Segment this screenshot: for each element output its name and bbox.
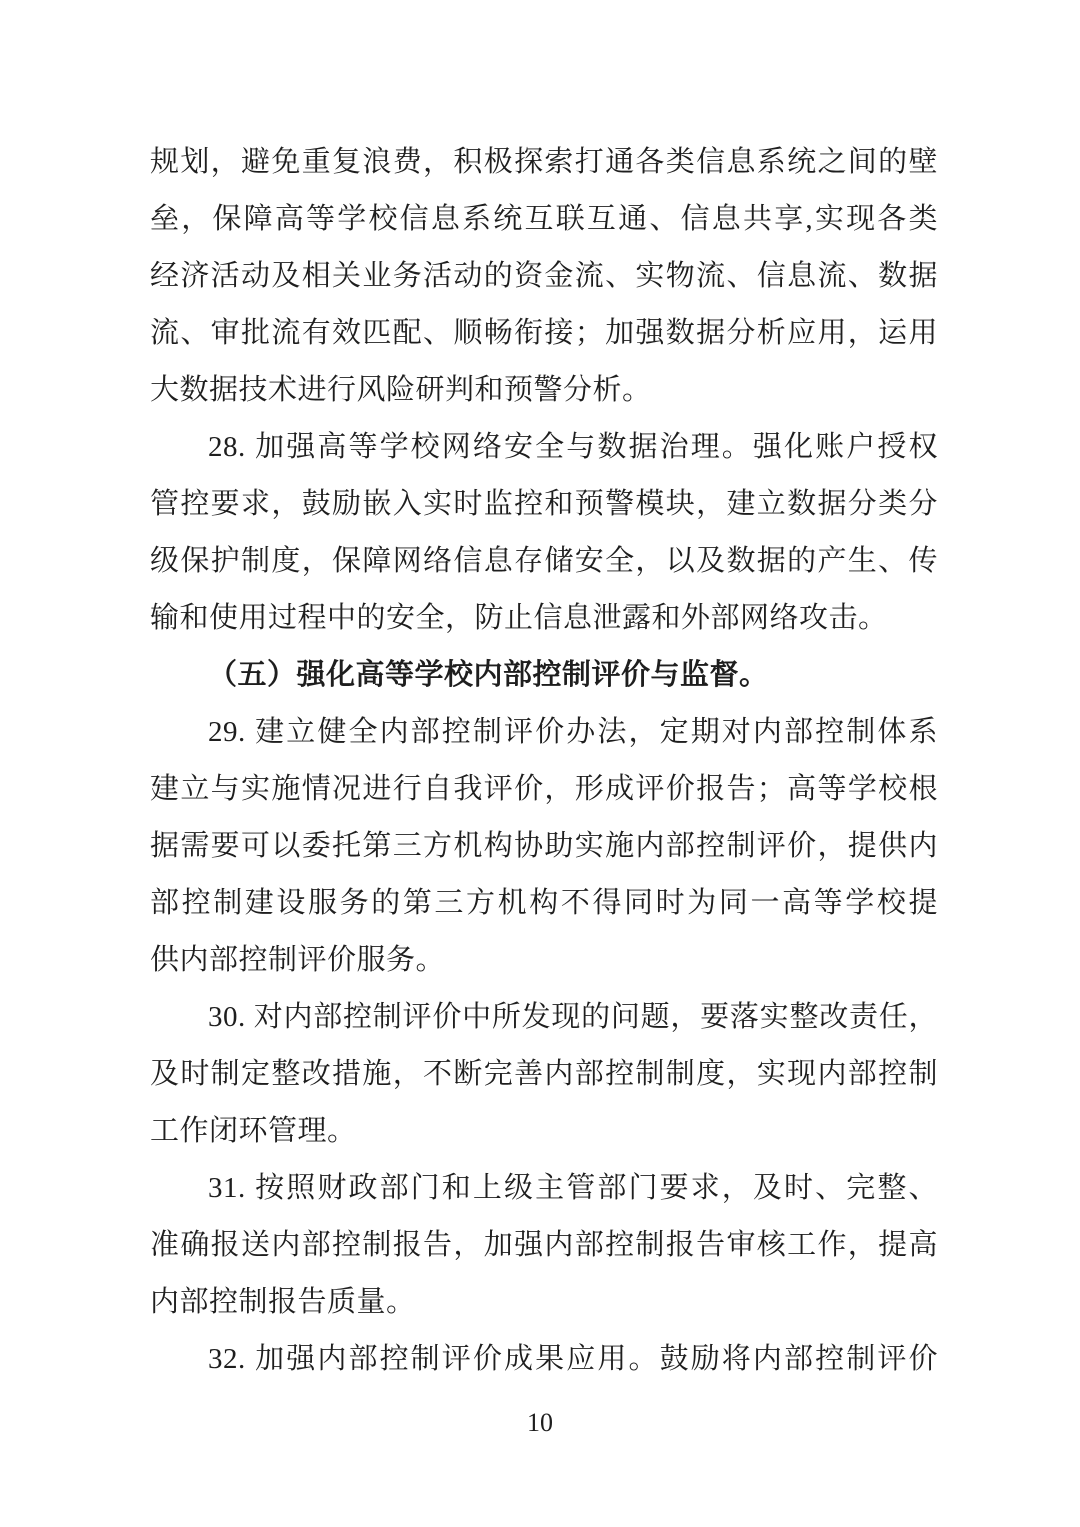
text-line: 输和使用过程中的安全，防止信息泄露和外部网络攻击。 xyxy=(150,590,938,647)
text-line: 垒，保障高等学校信息系统互联互通、信息共享,实现各类 xyxy=(150,191,938,248)
text-line: 28. 加强高等学校网络安全与数据治理。强化账户授权 xyxy=(150,419,938,476)
section-heading: （五）强化高等学校内部控制评价与监督。 xyxy=(150,647,938,704)
body-paragraph: 30. 对内部控制评价中所发现的问题，要落实整改责任，及时制定整改措施，不断完善… xyxy=(150,989,938,1160)
text-line: 内部控制报告质量。 xyxy=(150,1274,938,1331)
text-line: 部控制建设服务的第三方机构不得同时为同一高等学校提 xyxy=(150,875,938,932)
text-line: 级保护制度，保障网络信息存储安全，以及数据的产生、传 xyxy=(150,533,938,590)
body-paragraph: 规划，避免重复浪费，积极探索打通各类信息系统之间的壁垒，保障高等学校信息系统互联… xyxy=(150,134,938,419)
text-line: （五）强化高等学校内部控制评价与监督。 xyxy=(150,647,938,704)
text-line: 据需要可以委托第三方机构协助实施内部控制评价，提供内 xyxy=(150,818,938,875)
text-line: 29. 建立健全内部控制评价办法，定期对内部控制体系 xyxy=(150,704,938,761)
text-line: 30. 对内部控制评价中所发现的问题，要落实整改责任， xyxy=(150,989,938,1046)
body-paragraph: 31. 按照财政部门和上级主管部门要求，及时、完整、准确报送内部控制报告，加强内… xyxy=(150,1160,938,1331)
text-line: 32. 加强内部控制评价成果应用。鼓励将内部控制评价 xyxy=(150,1331,938,1388)
text-line: 流、审批流有效匹配、顺畅衔接；加强数据分析应用，运用 xyxy=(150,305,938,362)
text-line: 31. 按照财政部门和上级主管部门要求，及时、完整、 xyxy=(150,1160,938,1217)
text-line: 建立与实施情况进行自我评价，形成评价报告；高等学校根 xyxy=(150,761,938,818)
text-line: 经济活动及相关业务活动的资金流、实物流、信息流、数据 xyxy=(150,248,938,305)
body-paragraph: 28. 加强高等学校网络安全与数据治理。强化账户授权管控要求，鼓励嵌入实时监控和… xyxy=(150,419,938,647)
text-line: 工作闭环管理。 xyxy=(150,1103,938,1160)
text-line: 管控要求，鼓励嵌入实时监控和预警模块，建立数据分类分 xyxy=(150,476,938,533)
page-number: 10 xyxy=(0,1406,1080,1440)
text-line: 准确报送内部控制报告，加强内部控制报告审核工作，提高 xyxy=(150,1217,938,1274)
document-page: 规划，避免重复浪费，积极探索打通各类信息系统之间的壁垒，保障高等学校信息系统互联… xyxy=(0,0,1080,1527)
text-line: 大数据技术进行风险研判和预警分析。 xyxy=(150,362,938,419)
document-content: 规划，避免重复浪费，积极探索打通各类信息系统之间的壁垒，保障高等学校信息系统互联… xyxy=(150,134,938,1388)
body-paragraph: 29. 建立健全内部控制评价办法，定期对内部控制体系建立与实施情况进行自我评价，… xyxy=(150,704,938,989)
body-paragraph: 32. 加强内部控制评价成果应用。鼓励将内部控制评价 xyxy=(150,1331,938,1388)
text-line: 及时制定整改措施，不断完善内部控制制度，实现内部控制 xyxy=(150,1046,938,1103)
text-line: 供内部控制评价服务。 xyxy=(150,932,938,989)
text-line: 规划，避免重复浪费，积极探索打通各类信息系统之间的壁 xyxy=(150,134,938,191)
